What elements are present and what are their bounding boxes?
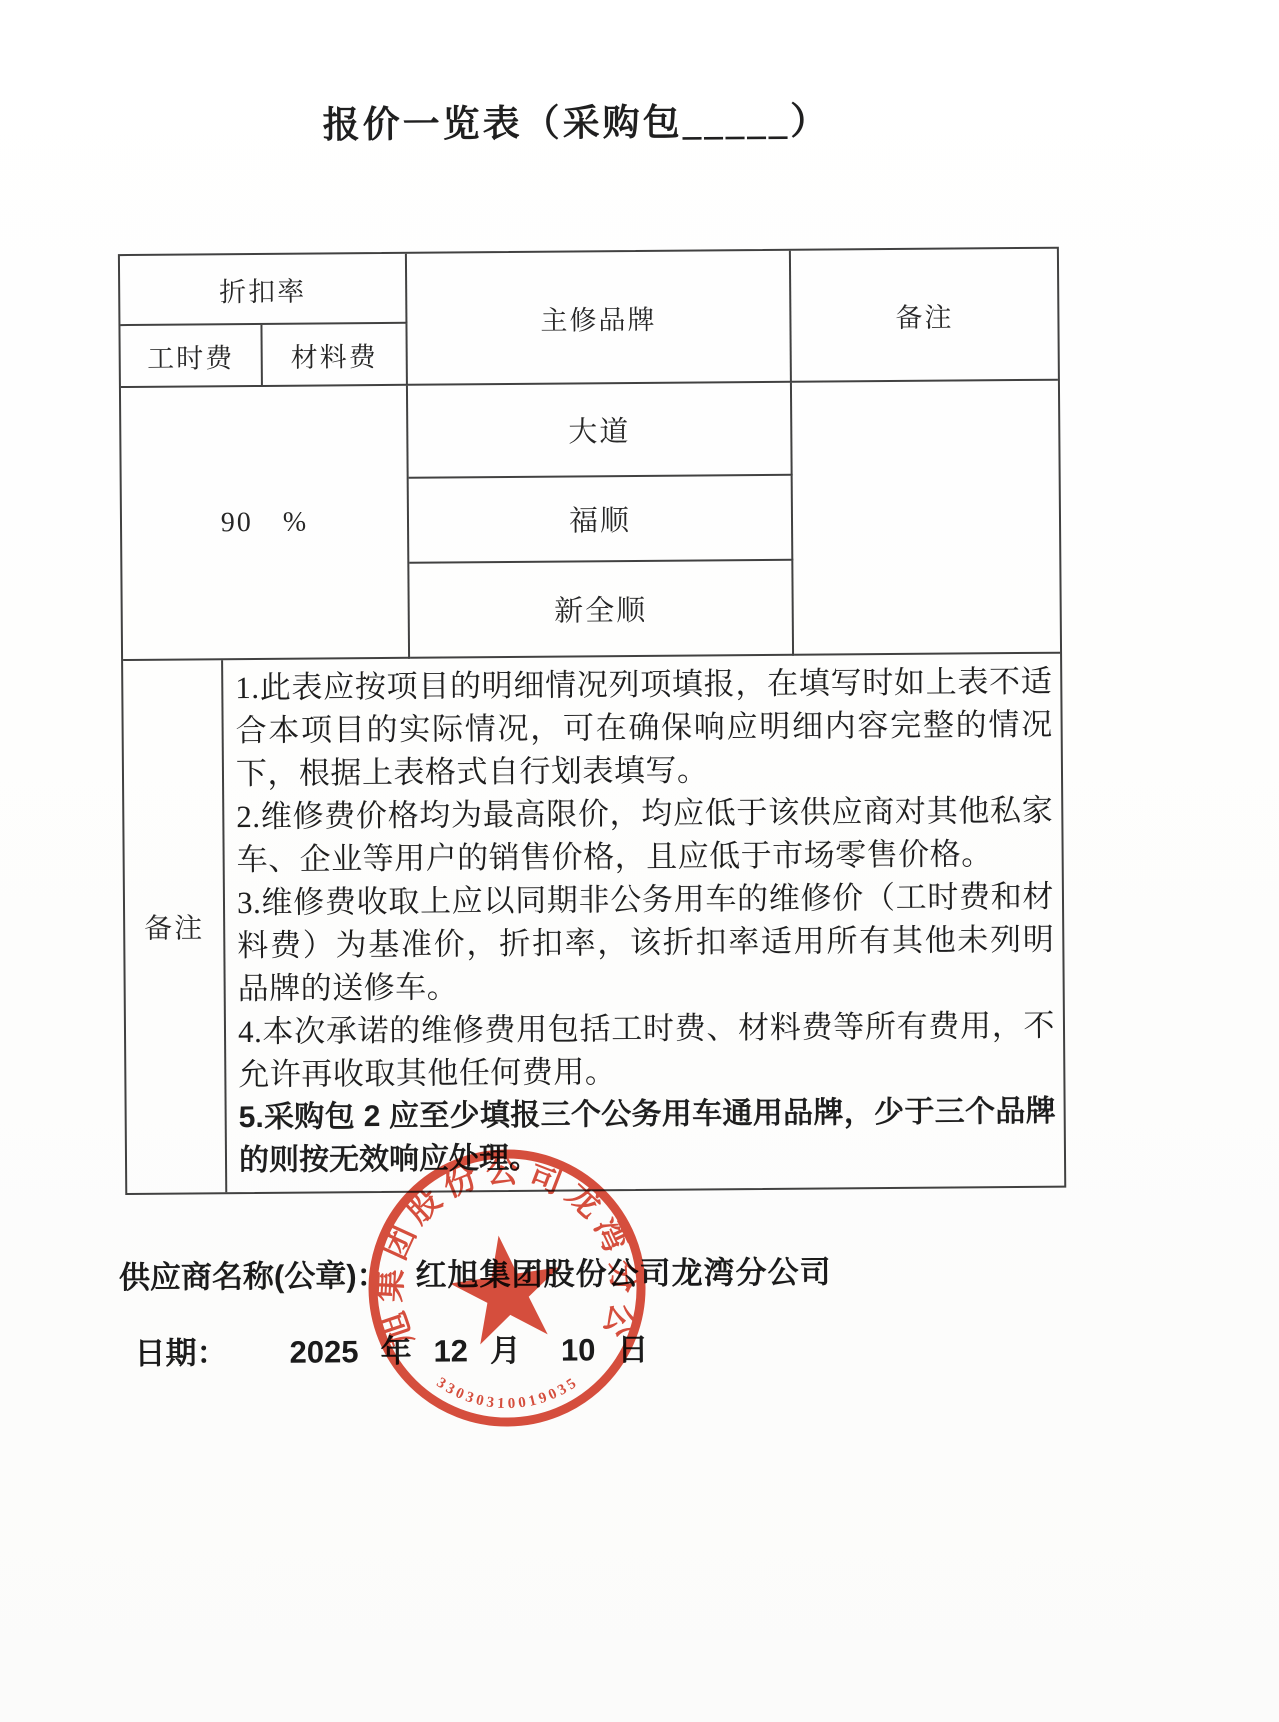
document-page: 报价一览表（采购包_____） 折扣率 主修品牌 备注 工时费 材料费 90 %… — [0, 0, 1279, 1722]
quotation-table: 折扣率 主修品牌 备注 工时费 材料费 90 % 大道 福顺 新全顺 备注 1.… — [118, 247, 1066, 1195]
quotation-table-grid: 折扣率 主修品牌 备注 工时费 材料费 90 % 大道 福顺 新全顺 — [120, 249, 1060, 661]
discount-value: 90 — [221, 507, 253, 539]
brand-cell-3: 新全顺 — [409, 561, 794, 659]
stamp-star-icon — [444, 1228, 569, 1348]
scanned-sheet: 报价一览表（采购包_____） 折扣率 主修品牌 备注 工时费 材料费 90 %… — [0, 0, 1279, 1722]
date-label: 日期： — [134, 1327, 227, 1373]
note-item: 2.维修费价格均为最高限价，均应低于该供应商对其他私家车、企业等用户的销售价格，… — [236, 789, 1054, 881]
notes-label-cell: 备注 — [123, 660, 227, 1193]
remark-empty-cell — [792, 381, 1060, 656]
discount-unit: % — [283, 506, 309, 538]
note-item: 1.此表应按项目的明细情况列项填报，在填写时如上表不适合本项目的实际情况，可在确… — [235, 660, 1053, 795]
note-item: 4.本次承诺的维修费用包括工时费、材料费等所有费用，不允许再收取其他任何费用。 — [238, 1004, 1056, 1096]
labor-fee-header: 工时费 — [120, 325, 262, 388]
notes-row: 备注 1.此表应按项目的明细情况列项填报，在填写时如上表不适合本项目的实际情况，… — [123, 654, 1064, 1193]
discount-value-cell: 90 % — [121, 386, 410, 661]
brand-cell-2: 福顺 — [409, 476, 794, 564]
main-brands-header: 主修品牌 — [407, 251, 792, 386]
remarks-header: 备注 — [791, 249, 1058, 383]
page-title: 报价一览表（采购包_____） — [0, 87, 1274, 151]
notes-cell: 1.此表应按项目的明细情况列项填报，在填写时如上表不适合本项目的实际情况，可在确… — [223, 654, 1064, 1193]
company-stamp-svg: 红旭集团股份公司龙湾分公司 33030310019035 — [346, 1127, 669, 1450]
material-fee-header: 材料费 — [262, 324, 407, 387]
note-item: 3.维修费收取上应以同期非公务用车的维修价（工时费和材料费）为基准价，折扣率，该… — [237, 875, 1055, 1010]
brand-cell-1: 大道 — [408, 383, 793, 479]
discount-rate-header: 折扣率 — [120, 254, 408, 326]
company-stamp: 红旭集团股份公司龙湾分公司 33030310019035 — [346, 1127, 669, 1450]
